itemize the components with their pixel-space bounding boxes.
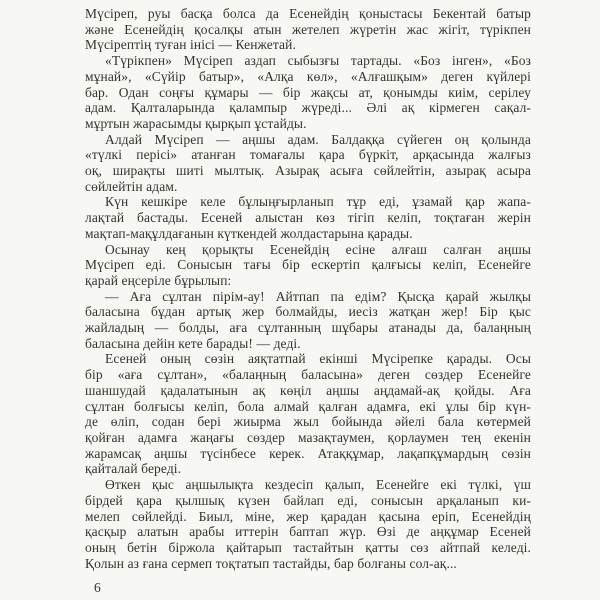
text-line: қойған адамға жаңағы сөздер мазақтаумен,… bbox=[85, 430, 531, 446]
text-line: бір «аға сұлтан», «балаңның баласына» де… bbox=[85, 367, 531, 383]
text-line: және Есенейдің қосалқы атын жетелеп жүре… bbox=[85, 22, 531, 38]
text-line: қайталай береді. bbox=[85, 461, 531, 477]
page-text: Мүсіреп, руы басқа болса да Есенейдің қо… bbox=[85, 6, 531, 571]
text-line: де өліп, содан бері жиырма жыл бойында ә… bbox=[85, 414, 531, 430]
paragraph: Алдай Мүсіреп — аңшы адам. Балдаққа сүйе… bbox=[85, 132, 531, 195]
text-line: баласына бұдан артық жер болмайды, иесіз… bbox=[85, 304, 531, 320]
text-line: лақтай бастады. Есеней алыстан көз тігіп… bbox=[85, 210, 531, 226]
text-line: мұнай», «Сүйір батыр», «Алқа көл», «Алға… bbox=[85, 69, 531, 85]
paragraph: Мүсіреп, руы басқа болса да Есенейдің қо… bbox=[85, 6, 531, 53]
text-line: оқ, ширақты шиті мылтық. Азырақ асыға сө… bbox=[85, 163, 531, 179]
text-line: Мүсіреп, руы басқа болса да Есенейдің қо… bbox=[85, 6, 531, 22]
text-line: жайладың — болды, аға сұлтанның шұбары а… bbox=[85, 320, 531, 336]
paragraph: Күн кешкіре келе бұлыңғырланып тұр еді, … bbox=[85, 194, 531, 241]
text-line: қасқыр алатын арабы иттерін баптап жүр. … bbox=[85, 524, 531, 540]
text-line: шаншудай қадалатынын ақ көңіл аңшы аңдам… bbox=[85, 383, 531, 399]
text-line: Мүсіреп еді. Сонысын тағы бір ескертіп қ… bbox=[85, 257, 531, 273]
text-line: «Түрікпен» Мүсіреп аздап сыбызғы тартады… bbox=[85, 53, 531, 69]
text-line: Алдай Мүсіреп — аңшы адам. Балдаққа сүйе… bbox=[85, 132, 531, 148]
text-line: Күн кешкіре келе бұлыңғырланып тұр еді, … bbox=[85, 194, 531, 210]
text-line: баласына дейін кете барады! — деді. bbox=[85, 336, 531, 352]
text-line: «түлкі перісі» атанған томағалы қара бүр… bbox=[85, 147, 531, 163]
text-line: сұлтан болғысы келіп, бола алмай қалған … bbox=[85, 399, 531, 415]
paragraph-dialogue: — Аға сұлтан пірім-ау! Айтпап па едім? Қ… bbox=[85, 289, 531, 352]
text-line: Мүсірептің туған інісі — Кенжетай. bbox=[85, 37, 531, 53]
text-line: Қолын аз ғана сермеп тоқтатып тастайды, … bbox=[85, 556, 531, 572]
paragraph: Өткен қыс аңшылықта кездесіп қалып, Есен… bbox=[85, 477, 531, 571]
text-line: Есеней оның сөзін аяқтатпай екінші Мүсір… bbox=[85, 351, 531, 367]
text-line: Осынау кең қорықты Есенейдің есіне алғаш… bbox=[85, 242, 531, 258]
text-line: оның бетін біржола қайтарып тастайтын қа… bbox=[85, 540, 531, 556]
paragraph: «Түрікпен» Мүсіреп аздап сыбызғы тартады… bbox=[85, 53, 531, 132]
paragraph: Есеней оның сөзін аяқтатпай екінші Мүсір… bbox=[85, 351, 531, 477]
book-page: Мүсіреп, руы басқа болса да Есенейдің қо… bbox=[0, 0, 600, 600]
text-line: жарамсақ аңшы түсінбесе керек. Атаққұмар… bbox=[85, 446, 531, 462]
paragraph: Осынау кең қорықты Есенейдің есіне алғаш… bbox=[85, 242, 531, 289]
text-line: бар. Одан соңғы құмары — бір жақсы ат, қ… bbox=[85, 85, 531, 101]
text-line: мақтап-мақұлдағанын күткендей жолдастары… bbox=[85, 226, 531, 242]
text-line: Өткен қыс аңшылықта кездесіп қалып, Есен… bbox=[85, 477, 531, 493]
text-line: адам. Қалталарында қалампыр жүреді... Әл… bbox=[85, 100, 531, 116]
text-line: қарай еңсеріле бұрылып: bbox=[85, 273, 531, 289]
text-line: — Аға сұлтан пірім-ау! Айтпап па едім? Қ… bbox=[85, 289, 531, 305]
text-line: мелеп сөйлейді. Биыл, міне, жер қарадан … bbox=[85, 509, 531, 525]
text-line: сөйлейтін адам. bbox=[85, 179, 531, 195]
text-line: бірдей қара қылшық күзен байлап еді, сон… bbox=[85, 493, 531, 509]
page-number: 6 bbox=[94, 580, 101, 596]
text-line: мұртын жарасымды қырқып ұстайды. bbox=[85, 116, 531, 132]
